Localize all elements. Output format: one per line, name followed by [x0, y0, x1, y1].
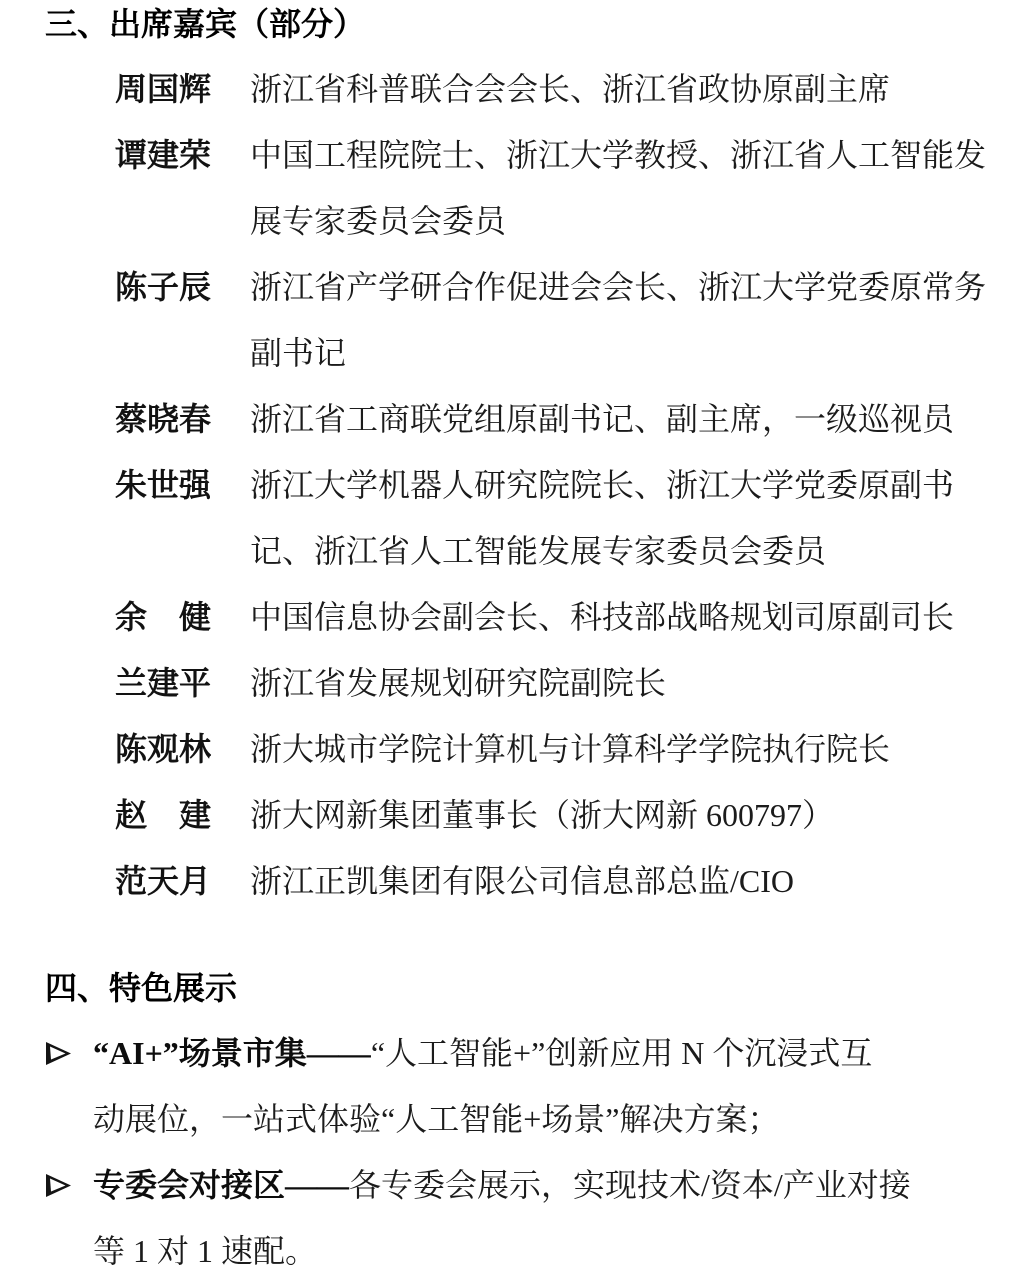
guest-title: 浙大网新集团董事长（浙大网新 600797） — [250, 782, 992, 848]
guest-row: 陈子辰 浙江省产学研合作促进会会长、浙江大学党委原常务 副书记 — [115, 254, 992, 386]
features-section-heading: 四、特色展示 — [45, 966, 992, 1010]
guest-list: 周国辉 浙江省科普联合会会长、浙江省政协原副主席 谭建荣 中国工程院院士、浙江大… — [45, 56, 992, 914]
guest-row: 周国辉 浙江省科普联合会会长、浙江省政协原副主席 — [115, 56, 992, 122]
guest-row: 朱世强 浙江大学机器人研究院院长、浙江大学党委原副书 记、浙江省人工智能发展专家… — [115, 452, 992, 584]
guest-name: 陈子辰 — [115, 254, 250, 386]
guest-name: 谭建荣 — [115, 122, 250, 254]
guest-title: 浙江正凯集团有限公司信息部总监/CIO — [250, 848, 992, 914]
arrowhead-bullet-icon — [45, 1152, 93, 1207]
guest-title: 浙江省产学研合作促进会会长、浙江大学党委原常务 副书记 — [250, 254, 992, 386]
guest-name: 周国辉 — [115, 56, 250, 122]
guests-section-heading: 三、出席嘉宾（部分） — [45, 2, 992, 46]
guest-title: 浙大城市学院计算机与计算科学学院执行院长 — [250, 716, 992, 782]
document-page: 三、出席嘉宾（部分） 周国辉 浙江省科普联合会会长、浙江省政协原副主席 谭建荣 … — [0, 0, 1028, 1279]
feature-list: “AI+”场景市集——“人工智能+”创新应用 N 个沉浸式互 动展位，一站式体验… — [45, 1020, 992, 1279]
feature-bullet: “AI+”场景市集——“人工智能+”创新应用 N 个沉浸式互 动展位，一站式体验… — [45, 1020, 992, 1152]
guest-title: 中国信息协会副会长、科技部战略规划司原副司长 — [250, 584, 992, 650]
guest-title: 浙江省科普联合会会长、浙江省政协原副主席 — [250, 56, 992, 122]
feature-bullet-text: 专委会对接区——各专委会展示，实现技术/资本/产业对接 等 1 对 1 速配。 — [93, 1152, 992, 1279]
guest-row: 蔡晓春 浙江省工商联党组原副书记、副主席，一级巡视员 — [115, 386, 992, 452]
guest-name: 陈观林 — [115, 716, 250, 782]
guest-title: 浙江省工商联党组原副书记、副主席，一级巡视员 — [250, 386, 992, 452]
guest-name: 余 健 — [115, 584, 250, 650]
guest-name: 朱世强 — [115, 452, 250, 584]
guest-title: 中国工程院院士、浙江大学教授、浙江省人工智能发 展专家委员会委员 — [250, 122, 992, 254]
feature-bullet: 专委会对接区——各专委会展示，实现技术/资本/产业对接 等 1 对 1 速配。 — [45, 1152, 992, 1279]
feature-bullet-lead: “AI+”场景市集—— — [93, 1035, 371, 1071]
guest-row: 兰建平 浙江省发展规划研究院副院长 — [115, 650, 992, 716]
guest-row: 范天月 浙江正凯集团有限公司信息部总监/CIO — [115, 848, 992, 914]
guest-row: 陈观林 浙大城市学院计算机与计算科学学院执行院长 — [115, 716, 992, 782]
guest-row: 谭建荣 中国工程院院士、浙江大学教授、浙江省人工智能发 展专家委员会委员 — [115, 122, 992, 254]
arrowhead-bullet-icon — [45, 1020, 93, 1075]
feature-bullet-lead: 专委会对接区—— — [93, 1167, 349, 1203]
guest-name: 蔡晓春 — [115, 386, 250, 452]
feature-bullet-text: “AI+”场景市集——“人工智能+”创新应用 N 个沉浸式互 动展位，一站式体验… — [93, 1020, 992, 1152]
guest-name: 赵 建 — [115, 782, 250, 848]
guest-title: 浙江省发展规划研究院副院长 — [250, 650, 992, 716]
guest-row: 余 健 中国信息协会副会长、科技部战略规划司原副司长 — [115, 584, 992, 650]
guest-name: 范天月 — [115, 848, 250, 914]
guest-name: 兰建平 — [115, 650, 250, 716]
guest-title: 浙江大学机器人研究院院长、浙江大学党委原副书 记、浙江省人工智能发展专家委员会委… — [250, 452, 992, 584]
guest-row: 赵 建 浙大网新集团董事长（浙大网新 600797） — [115, 782, 992, 848]
